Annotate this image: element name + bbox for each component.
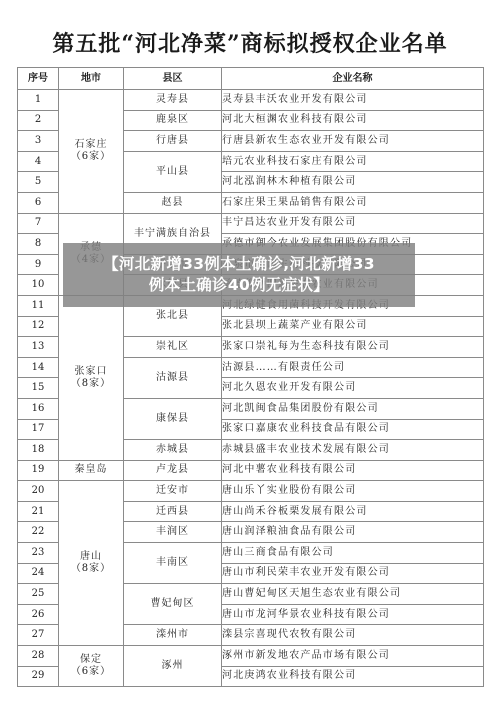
company-name: 行唐县新农生态农业开发有限公司 <box>222 131 484 152</box>
row-number: 7 <box>18 213 59 234</box>
company-name: 河北久恩农业开发有限公司 <box>222 378 484 399</box>
row-number: 28 <box>18 646 59 667</box>
city-name: 保定 <box>59 654 123 666</box>
row-number: 12 <box>18 316 59 337</box>
header-county: 县区 <box>124 68 222 90</box>
city-cell: 保定（6家） <box>59 646 124 687</box>
row-number: 26 <box>18 604 59 625</box>
row-number: 20 <box>18 481 59 502</box>
city-name: 秦皇岛 <box>59 464 123 476</box>
city-cell: 石家庄（6家） <box>59 90 124 214</box>
county-cell: 赤城县 <box>124 440 222 461</box>
county-cell: 鹿泉区 <box>124 110 222 131</box>
county-cell: 灵寿县 <box>124 90 222 111</box>
company-name: 石家庄果王果品销售有限公司 <box>222 192 484 213</box>
county-cell: 赵县 <box>124 192 222 213</box>
county-cell: 沽源县 <box>124 357 222 398</box>
row-number: 9 <box>18 254 59 275</box>
row-number: 17 <box>18 419 59 440</box>
company-name: 张家口崇礼每为生态科技有限公司 <box>222 337 484 358</box>
company-name: 张家口嘉康农业科技食品有限公司 <box>222 419 484 440</box>
county-cell: 康保县 <box>124 398 222 439</box>
row-number: 13 <box>18 337 59 358</box>
row-number: 2 <box>18 110 59 131</box>
row-number: 5 <box>18 172 59 193</box>
company-name: 唐山乐丫实业股份有限公司 <box>222 481 484 502</box>
county-cell: 行唐县 <box>124 131 222 152</box>
row-number: 14 <box>18 357 59 378</box>
city-name: 石家庄 <box>59 139 123 151</box>
table-row: 28保定（6家）涿州涿州市新发地农产品市场有限公司 <box>18 646 484 667</box>
county-cell: 曹妃甸区 <box>124 584 222 625</box>
city-cell: 张家口（8家） <box>59 295 124 460</box>
row-number: 23 <box>18 543 59 564</box>
banner-line-2: 例本土确诊40例无症状】 <box>63 275 415 296</box>
county-cell: 迁安市 <box>124 481 222 502</box>
row-number: 21 <box>18 501 59 522</box>
header-no: 序号 <box>18 68 59 90</box>
table-row: 7承德（4家）丰宁满族自治县丰宁昌达农业开发有限公司 <box>18 213 484 234</box>
row-number: 10 <box>18 275 59 296</box>
company-name: 河北泓润林木种植有限公司 <box>222 172 484 193</box>
company-name: 丰宁昌达农业开发有限公司 <box>222 213 484 234</box>
row-number: 24 <box>18 563 59 584</box>
document-title: 第五批“河北净菜”商标拟授权企业名单 <box>0 27 500 58</box>
row-number: 15 <box>18 378 59 399</box>
company-name: 滦县宗喜现代农牧有限公司 <box>222 625 484 646</box>
company-name: 河北大桓渊农业科技有限公司 <box>222 110 484 131</box>
table-row: 1石家庄（6家）灵寿县灵寿县丰沃农业开发有限公司 <box>18 90 484 111</box>
county-cell: 丰润区 <box>124 522 222 543</box>
row-number: 3 <box>18 131 59 152</box>
row-number: 1 <box>18 90 59 111</box>
table-body: 1石家庄（6家）灵寿县灵寿县丰沃农业开发有限公司2鹿泉区河北大桓渊农业科技有限公… <box>18 90 484 687</box>
row-number: 19 <box>18 460 59 481</box>
company-name: 唐山三商食品有限公司 <box>222 543 484 564</box>
company-name: 河北庚鸿农业科技有限公司 <box>222 666 484 687</box>
row-number: 6 <box>18 192 59 213</box>
city-name: 唐山 <box>59 551 123 563</box>
company-name: 沽源县……有限责任公司 <box>222 357 484 378</box>
city-cell: 秦皇岛 <box>59 460 124 481</box>
company-name: 唐山曹妃甸区天旭生态农业有限公司 <box>222 584 484 605</box>
company-name: 河北凯闽食品集团股份有限公司 <box>222 398 484 419</box>
row-number: 18 <box>18 440 59 461</box>
company-name: 赤城县盛丰农业技术发展有限公司 <box>222 440 484 461</box>
county-cell: 滦州市 <box>124 625 222 646</box>
city-count: （6家） <box>59 666 123 678</box>
city-name: 张家口 <box>59 366 123 378</box>
company-name: 涿州市新发地农产品市场有限公司 <box>222 646 484 667</box>
county-cell: 崇礼区 <box>124 337 222 358</box>
city-count: （8家） <box>59 563 123 575</box>
company-list-table: 序号 地市 县区 企业名称 1石家庄（6家）灵寿县灵寿县丰沃农业开发有限公司2鹿… <box>17 67 484 687</box>
row-number: 11 <box>18 295 59 316</box>
company-name: 唐山尚禾谷板栗发展有限公司 <box>222 501 484 522</box>
county-cell: 迁西县 <box>124 501 222 522</box>
news-headline-banner[interactable]: 【河北新增33例本土确诊,河北新增33 例本土确诊40例无症状】 <box>63 243 415 307</box>
county-cell: 卢龙县 <box>124 460 222 481</box>
row-number: 27 <box>18 625 59 646</box>
city-count: （8家） <box>59 378 123 390</box>
company-name: 培元农业科技石家庄有限公司 <box>222 151 484 172</box>
company-name: 唐山市利民荣丰农业开发有限公司 <box>222 563 484 584</box>
city-cell: 唐山（8家） <box>59 481 124 646</box>
header-company: 企业名称 <box>222 68 484 90</box>
table-row: 20唐山（8家）迁安市唐山乐丫实业股份有限公司 <box>18 481 484 502</box>
company-name: 唐山润泽粮油食品有限公司 <box>222 522 484 543</box>
company-name: 张北县坝上蔬菜产业有限公司 <box>222 316 484 337</box>
county-cell: 涿州 <box>124 646 222 687</box>
banner-line-1: 【河北新增33例本土确诊,河北新增33 <box>63 254 415 275</box>
company-name: 唐山市龙河华景农业科技有限公司 <box>222 604 484 625</box>
company-name: 灵寿县丰沃农业开发有限公司 <box>222 90 484 111</box>
county-cell: 平山县 <box>124 151 222 192</box>
header-city: 地市 <box>59 68 124 90</box>
city-count: （6家） <box>59 151 123 163</box>
row-number: 4 <box>18 151 59 172</box>
company-name: 河北中薯农业科技有限公司 <box>222 460 484 481</box>
row-number: 22 <box>18 522 59 543</box>
row-number: 25 <box>18 584 59 605</box>
row-number: 8 <box>18 234 59 255</box>
row-number: 16 <box>18 398 59 419</box>
row-number: 29 <box>18 666 59 687</box>
table-row: 19秦皇岛卢龙县河北中薯农业科技有限公司 <box>18 460 484 481</box>
table-header-row: 序号 地市 县区 企业名称 <box>18 68 484 90</box>
county-cell: 丰南区 <box>124 543 222 584</box>
